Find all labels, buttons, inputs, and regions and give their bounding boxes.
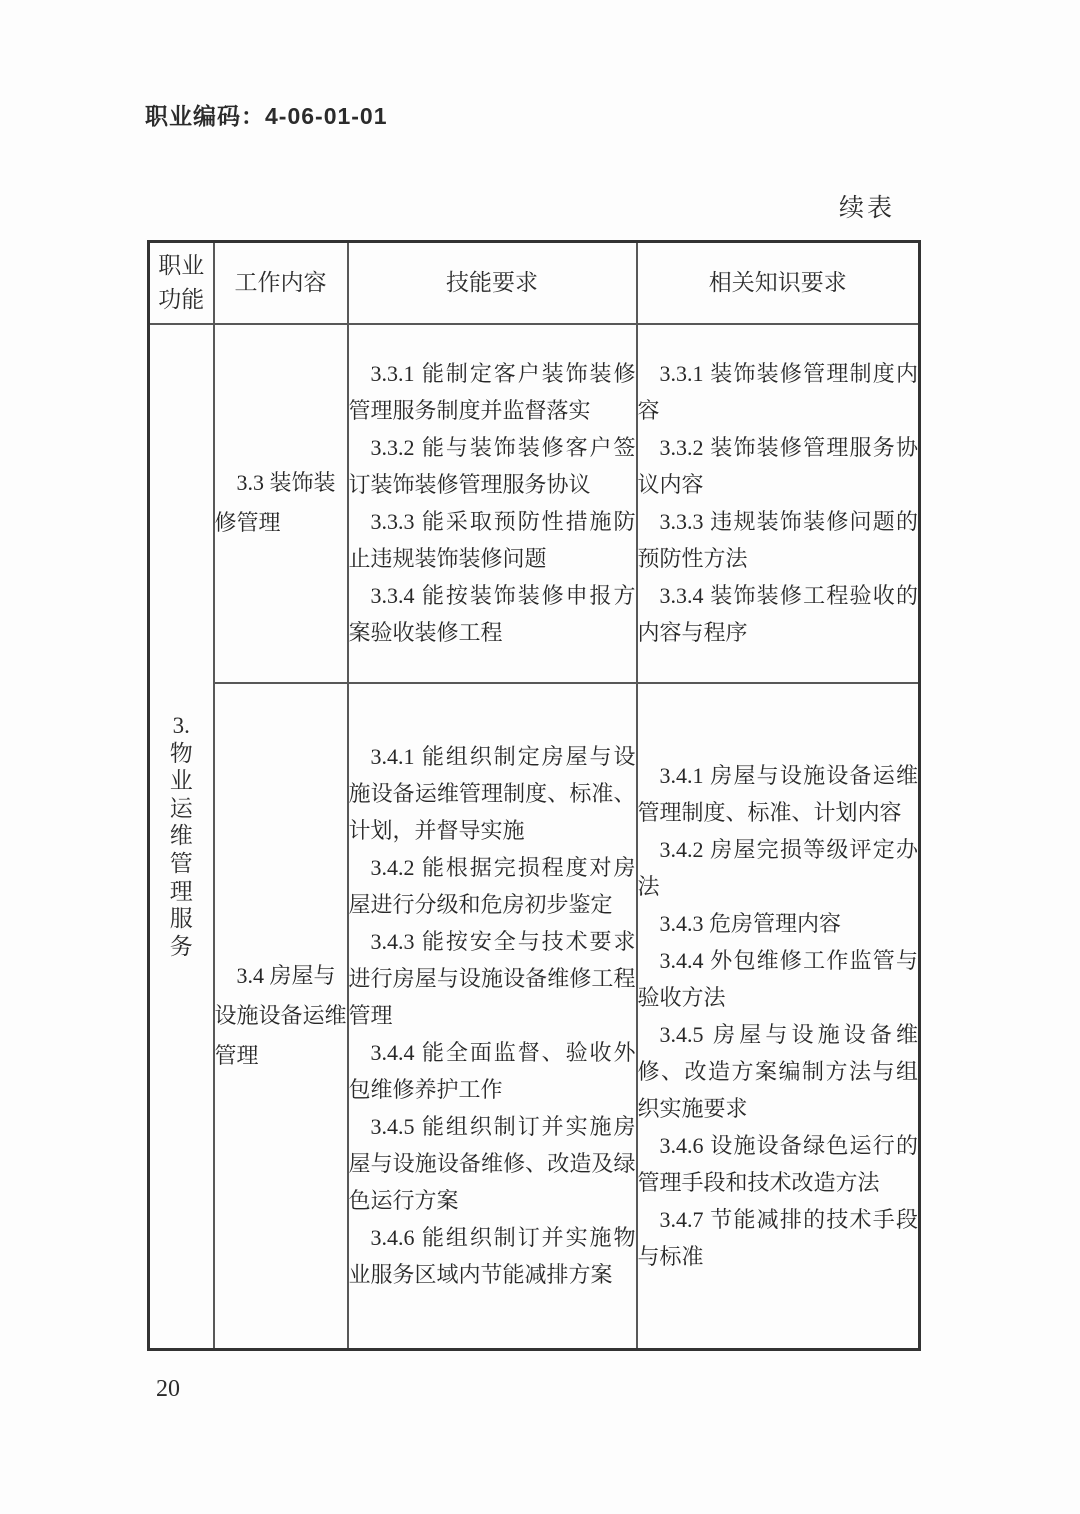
skill-item: 3.3.1 能制定客户装饰装修管理服务制度并监督落实 <box>349 355 636 429</box>
skill-requirements-cell-3-3: 3.3.1 能制定客户装饰装修管理服务制度并监督落实 3.3.2 能与装饰装修客… <box>348 324 637 683</box>
skill-item: 3.3.2 能与装饰装修客户签订装饰装修管理服务协议 <box>349 429 636 503</box>
work-content-text: 3.4 房屋与设施设备运维管理 <box>215 956 347 1076</box>
table-header-row: 职业功能 工作内容 技能要求 相关知识要求 <box>149 242 920 324</box>
knowledge-item: 3.3.4 装饰装修工程验收的内容与程序 <box>638 577 919 651</box>
header-knowledge-requirements: 相关知识要求 <box>637 242 920 324</box>
skill-item: 3.3.4 能按装饰装修申报方案验收装修工程 <box>349 577 636 651</box>
table-row-3-3: 3. 物 业 运 维 管 理 服 务 3.3 装饰装修管理 3.3.1 能制定客… <box>149 324 920 683</box>
knowledge-item: 3.3.3 违规装饰装修问题的预防性方法 <box>638 503 919 577</box>
knowledge-item: 3.3.1 装饰装修管理制度内容 <box>638 355 919 429</box>
header-work-content: 工作内容 <box>214 242 348 324</box>
skill-item: 3.4.6 能组织制订并实施物业服务区域内节能减排方案 <box>349 1219 636 1293</box>
knowledge-requirements-cell-3-4: 3.4.1 房屋与设施设备运维管理制度、标准、计划内容 3.4.2 房屋完损等级… <box>637 683 920 1350</box>
knowledge-item: 3.4.2 房屋完损等级评定办法 <box>638 831 919 905</box>
knowledge-item: 3.4.1 房屋与设施设备运维管理制度、标准、计划内容 <box>638 757 919 831</box>
skill-requirements-cell-3-4: 3.4.1 能组织制定房屋与设施设备运维管理制度、标准、计划，并督导实施 3.4… <box>348 683 637 1350</box>
table-row-3-4: 3.4 房屋与设施设备运维管理 3.4.1 能组织制定房屋与设施设备运维管理制度… <box>149 683 920 1350</box>
skill-item: 3.4.4 能全面监督、验收外包维修养护工作 <box>349 1034 636 1108</box>
work-content-text: 3.3 装饰装修管理 <box>215 463 347 543</box>
skill-item: 3.4.5 能组织制订并实施房屋与设施设备维修、改造及绿色运行方案 <box>349 1108 636 1219</box>
header-occupational-function: 职业功能 <box>149 242 214 324</box>
skill-item: 3.4.3 能按安全与技术要求进行房屋与设施设备维修工程管理 <box>349 923 636 1034</box>
occupational-function-cell: 3. 物 业 运 维 管 理 服 务 <box>149 324 214 1350</box>
knowledge-item: 3.4.5 房屋与设施设备维修、改造方案编制方法与组织实施要求 <box>638 1016 919 1127</box>
skill-item: 3.4.2 能根据完损程度对房屋进行分级和危房初步鉴定 <box>349 849 636 923</box>
knowledge-requirements-cell-3-3: 3.3.1 装饰装修管理制度内容 3.3.2 装饰装修管理服务协议内容 3.3.… <box>637 324 920 683</box>
standards-table: 职业功能 工作内容 技能要求 相关知识要求 3. 物 业 运 维 管 理 服 务… <box>147 240 921 1351</box>
knowledge-item: 3.4.6 设施设备绿色运行的管理手段和技术改造方法 <box>638 1127 919 1201</box>
work-content-cell-3-3: 3.3 装饰装修管理 <box>214 324 348 683</box>
page-number: 20 <box>156 1376 180 1403</box>
skill-item: 3.3.3 能采取预防性措施防止违规装饰装修问题 <box>349 503 636 577</box>
knowledge-item: 3.3.2 装饰装修管理服务协议内容 <box>638 429 919 503</box>
knowledge-item: 3.4.7 节能减排的技术手段与标准 <box>638 1201 919 1275</box>
header-skill-requirements: 技能要求 <box>348 242 637 324</box>
work-content-cell-3-4: 3.4 房屋与设施设备运维管理 <box>214 683 348 1350</box>
continued-table-label: 续表 <box>839 188 895 224</box>
knowledge-item: 3.4.3 危房管理内容 <box>638 905 919 942</box>
document-page: 职业编码：4-06-01-01 续表 职业功能 工作内容 技能要求 相关知识要求… <box>0 0 1080 1514</box>
skill-item: 3.4.1 能组织制定房屋与设施设备运维管理制度、标准、计划，并督导实施 <box>349 738 636 849</box>
occupation-code: 职业编码：4-06-01-01 <box>145 98 388 131</box>
knowledge-item: 3.4.4 外包维修工作监管与验收方法 <box>638 942 919 1016</box>
